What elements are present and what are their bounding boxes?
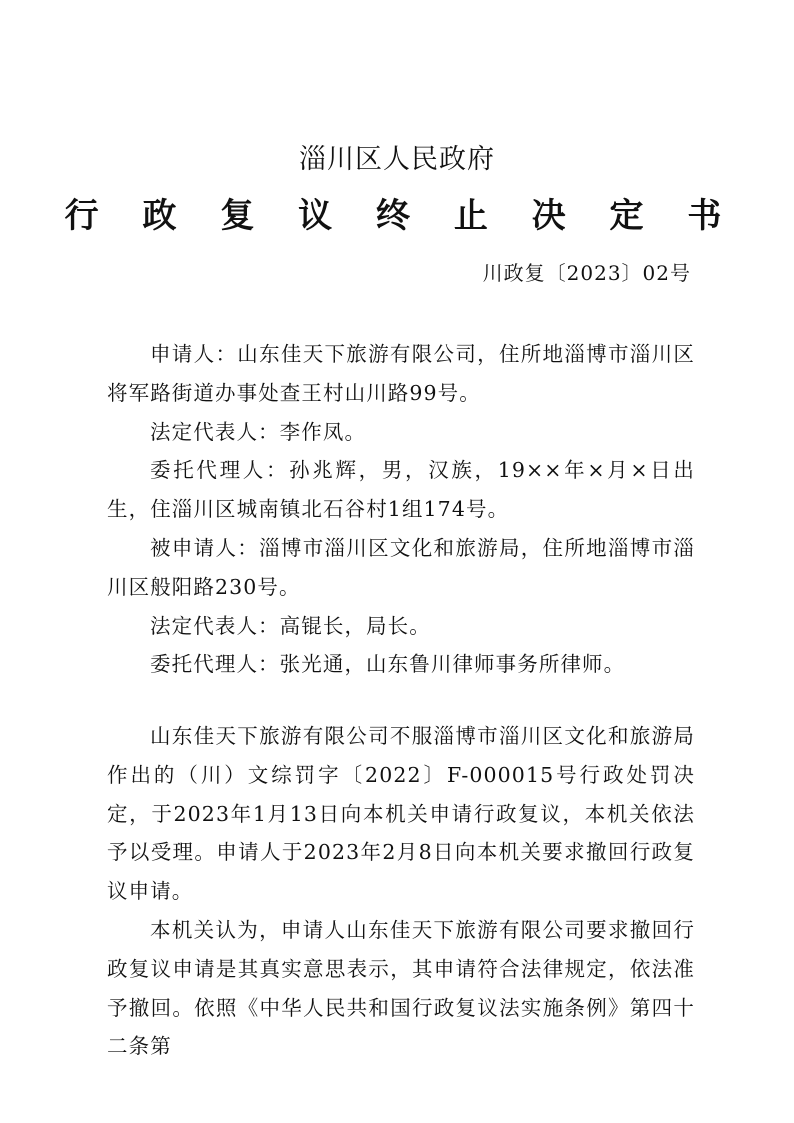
parties-section: 申请人：山东佳天下旅游有限公司，住所地淄博市淄川区将军路街道办事处查王村山川路9… [107,335,695,684]
document-title: 行 政 复 议 终 止 决 定 书 [0,193,794,239]
respondent-legal-rep-paragraph: 法定代表人：高锟长，局长。 [107,607,695,646]
reasoning-paragraph: 本机关认为，申请人山东佳天下旅游有限公司要求撤回行政复议申请是其真实意思表示，其… [107,911,695,1066]
decision-body-section: 山东佳天下旅游有限公司不服淄博市淄川区文化和旅游局作出的（川）文综罚字〔2022… [107,717,695,1066]
respondent-agent-paragraph: 委托代理人：张光通，山东鲁川律师事务所律师。 [107,645,695,684]
applicant-paragraph: 申请人：山东佳天下旅游有限公司，住所地淄博市淄川区将军路街道办事处查王村山川路9… [107,335,695,413]
applicant-legal-rep-paragraph: 法定代表人：李作凤。 [107,413,695,452]
respondent-paragraph: 被申请人：淄博市淄川区文化和旅游局，住所地淄博市淄川区般阳路230号。 [107,529,695,607]
issuer-title: 淄川区人民政府 [0,140,794,180]
document-page: 淄川区人民政府 行 政 复 议 终 止 决 定 书 川政复〔2023〕02号 申… [0,0,794,1123]
document-number: 川政复〔2023〕02号 [483,258,691,288]
applicant-agent-paragraph: 委托代理人：孙兆辉，男，汉族，19××年×月×日出生，住淄川区城南镇北石谷村1组… [107,451,695,529]
facts-paragraph: 山东佳天下旅游有限公司不服淄博市淄川区文化和旅游局作出的（川）文综罚字〔2022… [107,717,695,911]
